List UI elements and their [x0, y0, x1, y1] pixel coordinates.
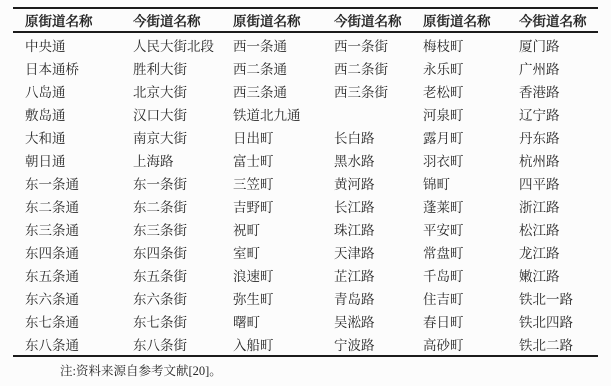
- table-cell: 河泉町: [411, 102, 507, 125]
- column-header-current-3: 今街道名称: [507, 8, 598, 32]
- table-cell: 铁北二路: [507, 332, 598, 356]
- table-cell: 蓬莱町: [411, 194, 507, 217]
- table-cell: 西一条街: [322, 32, 411, 56]
- table-cell: 东七条通: [13, 309, 121, 332]
- table-cell: 辽宁路: [507, 102, 598, 125]
- table-row: 东四条通东四条街室町天津路常盘町龙江路: [13, 240, 598, 263]
- table-row: 东二条通东二条街吉野町长江路蓬莱町浙江路: [13, 194, 598, 217]
- column-header-original-3: 原街道名称: [411, 8, 507, 32]
- table-cell: 青岛路: [322, 286, 411, 309]
- table-cell: 宁波路: [322, 332, 411, 356]
- table-cell: 西三条通: [221, 79, 322, 102]
- table-row: 东五条通东五条街浪速町芷江路千岛町嫩江路: [13, 263, 598, 286]
- table-row: 东八条通东八条街入船町宁波路高砂町铁北二路: [13, 332, 598, 356]
- table-row: 朝日通上海路富士町黑水路羽衣町杭州路: [13, 148, 598, 171]
- table-cell: 铁北四路: [507, 309, 598, 332]
- table-cell: 曙町: [221, 309, 322, 332]
- header-row: 原街道名称 今街道名称 原街道名称 今街道名称 原街道名称 今街道名称: [13, 8, 598, 32]
- table-cell: 东八条街: [121, 332, 221, 356]
- table-cell: 黄河路: [322, 171, 411, 194]
- table-cell: 浪速町: [221, 263, 322, 286]
- table-cell: 胜利大街: [121, 56, 221, 79]
- table-cell: 梅枝町: [411, 32, 507, 56]
- table-row: 敷岛通汉口大街铁道北九通河泉町辽宁路: [13, 102, 598, 125]
- table-cell: 日出町: [221, 125, 322, 148]
- table-cell: 日本通桥: [13, 56, 121, 79]
- table-cell: 东三条街: [121, 217, 221, 240]
- table-row: 大和通南京大街日出町长白路露月町丹东路: [13, 125, 598, 148]
- table-cell: 弥生町: [221, 286, 322, 309]
- table-cell: 长白路: [322, 125, 411, 148]
- table-cell: 东二条街: [121, 194, 221, 217]
- table-cell: 吴淞路: [322, 309, 411, 332]
- table-cell: 高砂町: [411, 332, 507, 356]
- table-cell: 羽衣町: [411, 148, 507, 171]
- source-note: 注:资料来源自参考文献[20]。: [60, 361, 222, 379]
- table-row: 中央通人民大街北段西一条通西一条街梅枝町厦门路: [13, 32, 598, 56]
- table-cell: 富士町: [221, 148, 322, 171]
- table-cell: 永乐町: [411, 56, 507, 79]
- column-header-current-1: 今街道名称: [121, 8, 221, 32]
- table-cell: 黑水路: [322, 148, 411, 171]
- table-cell: 朝日通: [13, 148, 121, 171]
- table-cell: 北京大街: [121, 79, 221, 102]
- table-cell: 三笠町: [221, 171, 322, 194]
- table-cell: 敷岛通: [13, 102, 121, 125]
- table-row: 日本通桥胜利大街西二条通西二条街永乐町广州路: [13, 56, 598, 79]
- table-cell: 上海路: [121, 148, 221, 171]
- table-cell: 东五条通: [13, 263, 121, 286]
- table-cell: 西二条街: [322, 56, 411, 79]
- table-row: 东六条通东六条街弥生町青岛路住吉町铁北一路: [13, 286, 598, 309]
- table-cell: 东五条街: [121, 263, 221, 286]
- table-cell: 东六条街: [121, 286, 221, 309]
- table-cell: 中央通: [13, 32, 121, 56]
- table-cell: 住吉町: [411, 286, 507, 309]
- street-name-comparison-table: 原街道名称 今街道名称 原街道名称 今街道名称 原街道名称 今街道名称 中央通人…: [13, 7, 598, 357]
- table-cell: 东七条街: [121, 309, 221, 332]
- table-cell: 人民大街北段: [121, 32, 221, 56]
- table-cell: 珠江路: [322, 217, 411, 240]
- table-cell: 西一条通: [221, 32, 322, 56]
- table-cell: 祝町: [221, 217, 322, 240]
- table-cell: 浙江路: [507, 194, 598, 217]
- table-cell: 香港路: [507, 79, 598, 102]
- table-cell: 东四条通: [13, 240, 121, 263]
- table-cell: 春日町: [411, 309, 507, 332]
- table-cell: 厦门路: [507, 32, 598, 56]
- table-row: 东三条通东三条街祝町珠江路平安町松江路: [13, 217, 598, 240]
- table-cell: 广州路: [507, 56, 598, 79]
- table-cell: 龙江路: [507, 240, 598, 263]
- table-cell: 丹东路: [507, 125, 598, 148]
- table-cell: [322, 102, 411, 125]
- table-cell: 嫩江路: [507, 263, 598, 286]
- table-cell: 芷江路: [322, 263, 411, 286]
- table-cell: 东六条通: [13, 286, 121, 309]
- table-row: 东七条通东七条街曙町吴淞路春日町铁北四路: [13, 309, 598, 332]
- table-cell: 东二条通: [13, 194, 121, 217]
- table-cell: 吉野町: [221, 194, 322, 217]
- table-header: 原街道名称 今街道名称 原街道名称 今街道名称 原街道名称 今街道名称: [13, 8, 598, 32]
- table-cell: 锦町: [411, 171, 507, 194]
- table-cell: 铁道北九通: [221, 102, 322, 125]
- table-body: 中央通人民大街北段西一条通西一条街梅枝町厦门路日本通桥胜利大街西二条通西二条街永…: [13, 32, 598, 356]
- table-cell: 东一条街: [121, 171, 221, 194]
- table-cell: 大和通: [13, 125, 121, 148]
- table-cell: 西二条通: [221, 56, 322, 79]
- table-cell: 松江路: [507, 217, 598, 240]
- table-cell: 汉口大街: [121, 102, 221, 125]
- table-cell: 室町: [221, 240, 322, 263]
- column-header-original-1: 原街道名称: [13, 8, 121, 32]
- table-cell: 天津路: [322, 240, 411, 263]
- table-cell: 四平路: [507, 171, 598, 194]
- table-cell: 东八条通: [13, 332, 121, 356]
- table-cell: 老松町: [411, 79, 507, 102]
- table-cell: 东四条街: [121, 240, 221, 263]
- table-row: 八岛通北京大街西三条通西三条街老松町香港路: [13, 79, 598, 102]
- table-cell: 长江路: [322, 194, 411, 217]
- table-cell: 南京大街: [121, 125, 221, 148]
- table-row: 东一条通东一条街三笠町黄河路锦町四平路: [13, 171, 598, 194]
- table-cell: 东一条通: [13, 171, 121, 194]
- column-header-original-2: 原街道名称: [221, 8, 322, 32]
- table-cell: 东三条通: [13, 217, 121, 240]
- column-header-current-2: 今街道名称: [322, 8, 411, 32]
- table-cell: 入船町: [221, 332, 322, 356]
- table-cell: 常盘町: [411, 240, 507, 263]
- table-cell: 八岛通: [13, 79, 121, 102]
- table-cell: 千岛町: [411, 263, 507, 286]
- table-cell: 平安町: [411, 217, 507, 240]
- paper-table-page: 原街道名称 今街道名称 原街道名称 今街道名称 原街道名称 今街道名称 中央通人…: [0, 0, 611, 386]
- table-cell: 西三条街: [322, 79, 411, 102]
- table-cell: 露月町: [411, 125, 507, 148]
- table-cell: 铁北一路: [507, 286, 598, 309]
- table-cell: 杭州路: [507, 148, 598, 171]
